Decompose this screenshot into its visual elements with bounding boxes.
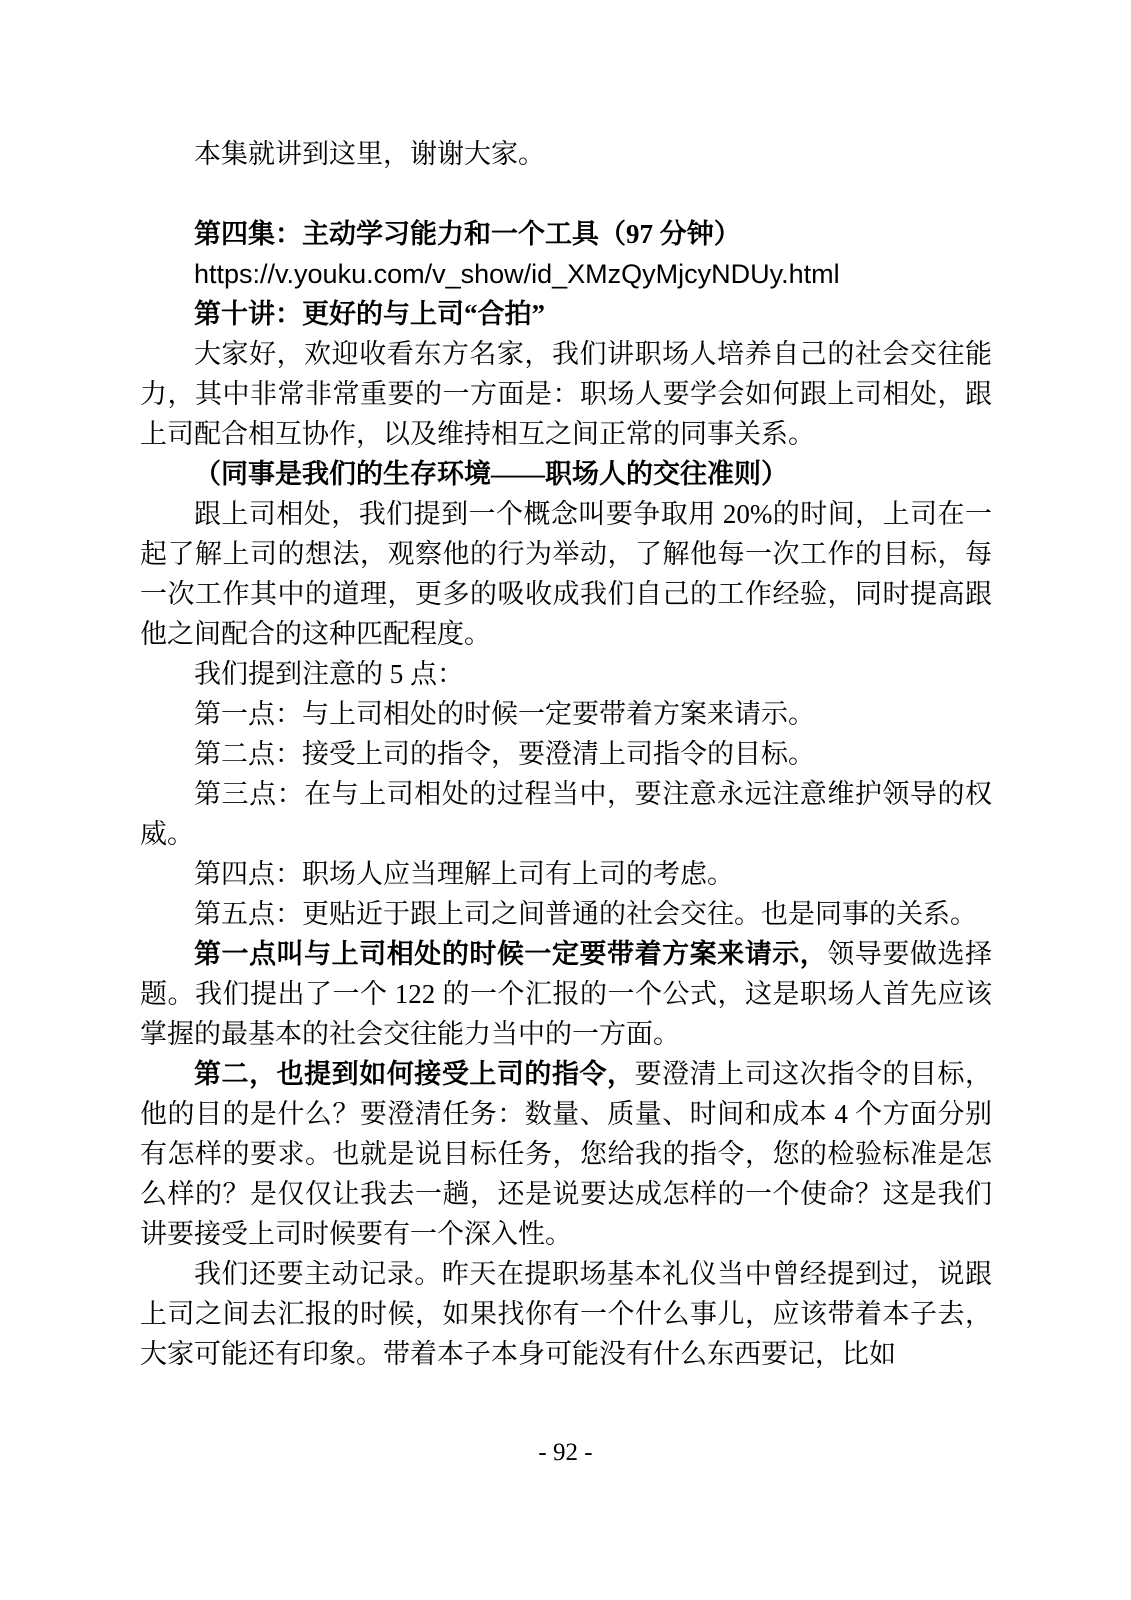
point-item-3: 第三点：在与上司相处的过程当中，要注意永远注意维护领导的权威。	[140, 774, 992, 854]
point-item-5: 第五点：更贴近于跟上司之间普通的社会交往。也是同事的关系。	[140, 894, 992, 934]
point-one-detail: 第一点叫与上司相处的时候一定要带着方案来请示，领导要做选择题。我们提出了一个 1…	[140, 934, 992, 1054]
episode-video-url: https://v.youku.com/v_show/id_XMzQyMjcyN…	[140, 254, 992, 294]
point-two-detail-bold-lead: 第二，也提到如何接受上司的指令，	[194, 1059, 635, 1089]
lecture-heading: 第十讲：更好的与上司“合拍”	[140, 294, 992, 334]
point-item-4: 第四点：职场人应当理解上司有上司的考虑。	[140, 854, 992, 894]
point-one-detail-bold-lead: 第一点叫与上司相处的时候一定要带着方案来请示，	[194, 939, 827, 969]
page-number: - 92 -	[0, 1436, 1131, 1470]
page-content: 本集就讲到这里，谢谢大家。 第四集：主动学习能力和一个工具（97 分钟） htt…	[140, 134, 992, 1374]
points-intro: 我们提到注意的 5 点：	[140, 654, 992, 694]
blank-line-spacer	[140, 174, 992, 214]
parenthetical-note: （同事是我们的生存环境——职场人的交往准则）	[140, 454, 992, 494]
closing-line: 本集就讲到这里，谢谢大家。	[140, 134, 992, 174]
recording-paragraph: 我们还要主动记录。昨天在提职场基本礼仪当中曾经提到过，说跟上司之间去汇报的时候，…	[140, 1254, 992, 1374]
episode-heading: 第四集：主动学习能力和一个工具（97 分钟）	[140, 214, 992, 254]
concept-paragraph: 跟上司相处，我们提到一个概念叫要争取用 20%的时间，上司在一起了解上司的想法，…	[140, 494, 992, 654]
point-two-detail: 第二，也提到如何接受上司的指令，要澄清上司这次指令的目标，他的目的是什么？要澄清…	[140, 1054, 992, 1254]
intro-paragraph: 大家好，欢迎收看东方名家，我们讲职场人培养自己的社会交往能力，其中非常非常重要的…	[140, 334, 992, 454]
point-item-2: 第二点：接受上司的指令，要澄清上司指令的目标。	[140, 734, 992, 774]
point-item-1: 第一点：与上司相处的时候一定要带着方案来请示。	[140, 694, 992, 734]
document-page: 本集就讲到这里，谢谢大家。 第四集：主动学习能力和一个工具（97 分钟） htt…	[0, 0, 1131, 1600]
